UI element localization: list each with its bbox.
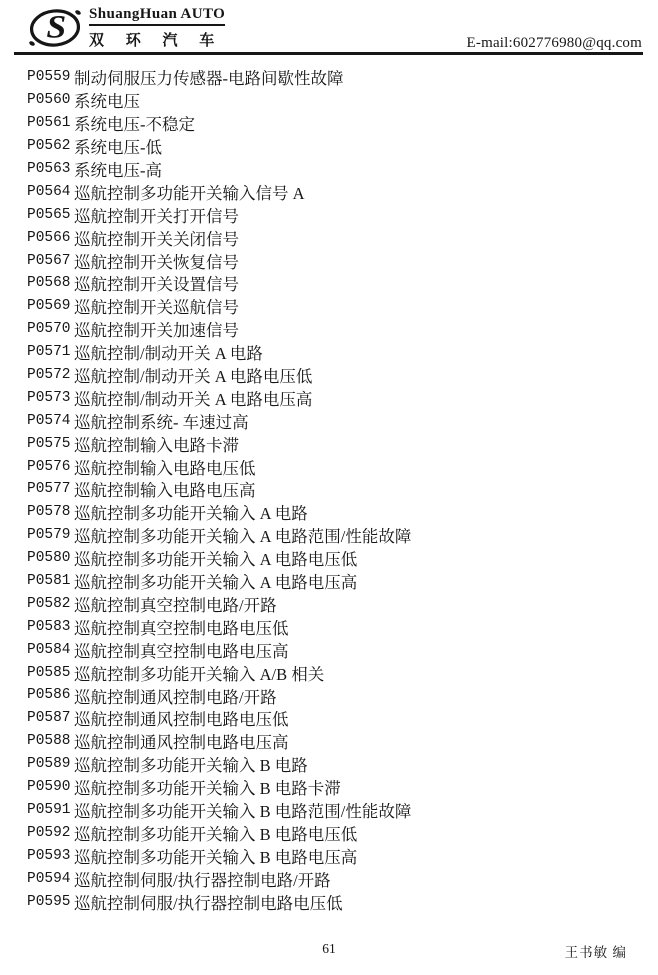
dtc-row: P0561 系统电压-不稳定 [27, 112, 650, 135]
dtc-description: 巡航控制多功能开关输入 A 电路电压高 [74, 569, 357, 593]
dtc-description: 系统电压-高 [74, 157, 162, 181]
dtc-description: 巡航控制真空控制电路电压高 [74, 638, 289, 662]
dtc-description: 巡航控制通风控制电路/开路 [74, 684, 277, 708]
dtc-code: P0590 [27, 779, 72, 795]
dtc-code: P0572 [27, 367, 72, 383]
dtc-description: 巡航控制/制动开关 A 电路 [74, 340, 263, 364]
dtc-row: P0573 巡航控制/制动开关 A 电路电压高 [27, 386, 650, 409]
dtc-code: P0573 [27, 390, 72, 406]
dtc-row: P0564 巡航控制多功能开关输入信号 A [27, 180, 650, 203]
dtc-code: P0571 [27, 344, 72, 360]
dtc-description: 巡航控制多功能开关输入 A 电路电压低 [74, 546, 357, 570]
dtc-description: 巡航控制开关设置信号 [74, 271, 239, 295]
dtc-description: 巡航控制/制动开关 A 电路电压低 [74, 363, 312, 387]
dtc-row: P0567 巡航控制开关恢复信号 [27, 249, 650, 272]
dtc-code: P0593 [27, 848, 72, 864]
dtc-row: P0588 巡航控制通风控制电路电压高 [27, 730, 650, 753]
dtc-row: P0583 巡航控制真空控制电路电压低 [27, 615, 650, 638]
dtc-description: 巡航控制系统- 车速过高 [74, 409, 249, 433]
dtc-row: P0575 巡航控制输入电路卡滞 [27, 432, 650, 455]
dtc-description: 巡航控制伺服/执行器控制电路/开路 [74, 867, 331, 891]
dtc-row: P0584 巡航控制真空控制电路电压高 [27, 638, 650, 661]
dtc-description: 巡航控制输入电路电压低 [74, 455, 256, 479]
editor-credit: 王书敏 编 [565, 941, 627, 961]
dtc-description: 系统电压-低 [74, 134, 162, 158]
dtc-description: 巡航控制多功能开关输入 B 电路电压高 [74, 844, 357, 868]
dtc-row: P0569 巡航控制开关巡航信号 [27, 295, 650, 318]
contact-email: E-mail:602776980@qq.com [467, 35, 642, 52]
dtc-description: 巡航控制开关打开信号 [74, 203, 239, 227]
dtc-description: 巡航控制真空控制电路电压低 [74, 615, 289, 639]
dtc-row: P0592 巡航控制多功能开关输入 B 电路电压低 [27, 821, 650, 844]
dtc-code: P0562 [27, 138, 72, 154]
dtc-description: 巡航控制多功能开关输入 B 电路 [74, 752, 308, 776]
dtc-code: P0569 [27, 298, 72, 314]
dtc-code: P0576 [27, 459, 72, 475]
dtc-code: P0586 [27, 687, 72, 703]
dtc-row: P0585 巡航控制多功能开关输入 A/B 相关 [27, 661, 650, 684]
dtc-code: P0568 [27, 275, 72, 291]
dtc-code: P0561 [27, 115, 72, 131]
dtc-row: P0594 巡航控制伺服/执行器控制电路/开路 [27, 867, 650, 890]
brand-text: ShuangHuan AUTO 双 环 汽 车 [89, 6, 225, 50]
dtc-row: P0589 巡航控制多功能开关输入 B 电路 [27, 753, 650, 776]
dtc-code: P0584 [27, 642, 72, 658]
dtc-code: P0559 [27, 69, 72, 85]
dtc-code: P0570 [27, 321, 72, 337]
svg-text:S: S [46, 10, 66, 45]
header-divider [14, 52, 643, 55]
dtc-description: 巡航控制输入电路卡滞 [74, 432, 239, 456]
dtc-description: 巡航控制开关加速信号 [74, 317, 239, 341]
dtc-row: P0586 巡航控制通风控制电路/开路 [27, 684, 650, 707]
dtc-row: P0565 巡航控制开关打开信号 [27, 203, 650, 226]
dtc-description: 制动伺服压力传感器-电路间歇性故障 [74, 65, 344, 89]
dtc-description: 系统电压-不稳定 [74, 111, 195, 135]
dtc-code: P0580 [27, 550, 72, 566]
dtc-description: 巡航控制通风控制电路电压高 [74, 729, 289, 753]
dtc-row: P0570 巡航控制开关加速信号 [27, 318, 650, 341]
dtc-code: P0564 [27, 184, 72, 200]
dtc-code: P0582 [27, 596, 72, 612]
dtc-code: P0578 [27, 504, 72, 520]
dtc-row: P0566 巡航控制开关关闭信号 [27, 226, 650, 249]
dtc-row: P0574 巡航控制系统- 车速过高 [27, 409, 650, 432]
dtc-description: 巡航控制伺服/执行器控制电路电压低 [74, 890, 343, 914]
dtc-code: P0589 [27, 756, 72, 772]
dtc-row: P0581 巡航控制多功能开关输入 A 电路电压高 [27, 570, 650, 593]
dtc-code: P0594 [27, 871, 72, 887]
page-number: 61 [0, 941, 658, 957]
dtc-description: 巡航控制开关恢复信号 [74, 249, 239, 273]
dtc-row: P0582 巡航控制真空控制电路/开路 [27, 592, 650, 615]
dtc-row: P0587 巡航控制通风控制电路电压低 [27, 707, 650, 730]
dtc-row: P0560 系统电压 [27, 89, 650, 112]
dtc-code: P0588 [27, 733, 72, 749]
dtc-description: 巡航控制多功能开关输入 B 电路范围/性能故障 [74, 798, 411, 822]
dtc-code: P0575 [27, 436, 72, 452]
dtc-row: P0559 制动伺服压力传感器-电路间歇性故障 [27, 66, 650, 89]
dtc-code: P0565 [27, 207, 72, 223]
brand-name: ShuangHuan AUTO [89, 6, 225, 26]
dtc-description: 巡航控制开关巡航信号 [74, 294, 239, 318]
dtc-row: P0580 巡航控制多功能开关输入 A 电路电压低 [27, 547, 650, 570]
dtc-row: P0571 巡航控制/制动开关 A 电路 [27, 341, 650, 364]
dtc-description: 巡航控制多功能开关输入 B 电路卡滞 [74, 775, 341, 799]
dtc-row: P0578 巡航控制多功能开关输入 A 电路 [27, 501, 650, 524]
dtc-code: P0563 [27, 161, 72, 177]
dtc-row: P0568 巡航控制开关设置信号 [27, 272, 650, 295]
page-header: S ShuangHuan AUTO 双 环 汽 车 E-mail:6027769… [28, 6, 642, 54]
dtc-row: P0572 巡航控制/制动开关 A 电路电压低 [27, 364, 650, 387]
dtc-description: 巡航控制/制动开关 A 电路电压高 [74, 386, 312, 410]
dtc-row: P0562 系统电压-低 [27, 135, 650, 158]
dtc-row: P0590 巡航控制多功能开关输入 B 电路卡滞 [27, 776, 650, 799]
shuanghuan-logo-icon: S [28, 6, 82, 50]
dtc-row: P0577 巡航控制输入电路电压高 [27, 478, 650, 501]
dtc-code: P0566 [27, 230, 72, 246]
dtc-list: P0559 制动伺服压力传感器-电路间歇性故障 P0560 系统电压 P0561… [27, 66, 650, 913]
dtc-description: 巡航控制多功能开关输入信号 A [74, 180, 305, 204]
dtc-code: P0587 [27, 710, 72, 726]
dtc-description: 巡航控制多功能开关输入 A 电路范围/性能故障 [74, 523, 411, 547]
dtc-row: P0579 巡航控制多功能开关输入 A 电路范围/性能故障 [27, 524, 650, 547]
dtc-code: P0585 [27, 665, 72, 681]
dtc-description: 巡航控制多功能开关输入 A 电路 [74, 500, 308, 524]
dtc-description: 巡航控制输入电路电压高 [74, 477, 256, 501]
dtc-row: P0576 巡航控制输入电路电压低 [27, 455, 650, 478]
dtc-code: P0595 [27, 894, 72, 910]
dtc-code: P0581 [27, 573, 72, 589]
dtc-code: P0574 [27, 413, 72, 429]
dtc-description: 系统电压 [74, 88, 140, 112]
brand-name-chinese: 双 环 汽 车 [89, 26, 225, 50]
dtc-code: P0560 [27, 92, 72, 108]
dtc-code: P0577 [27, 481, 72, 497]
dtc-description: 巡航控制通风控制电路电压低 [74, 706, 289, 730]
dtc-row: P0591 巡航控制多功能开关输入 B 电路范围/性能故障 [27, 799, 650, 822]
dtc-row: P0593 巡航控制多功能开关输入 B 电路电压高 [27, 844, 650, 867]
dtc-description: 巡航控制开关关闭信号 [74, 226, 239, 250]
dtc-description: 巡航控制真空控制电路/开路 [74, 592, 277, 616]
dtc-description: 巡航控制多功能开关输入 B 电路电压低 [74, 821, 357, 845]
dtc-row: P0563 系统电压-高 [27, 158, 650, 181]
dtc-code: P0583 [27, 619, 72, 635]
dtc-code: P0592 [27, 825, 72, 841]
dtc-description: 巡航控制多功能开关输入 A/B 相关 [74, 661, 324, 685]
dtc-row: P0595 巡航控制伺服/执行器控制电路电压低 [27, 890, 650, 913]
dtc-code: P0591 [27, 802, 72, 818]
dtc-code: P0567 [27, 253, 72, 269]
dtc-code: P0579 [27, 527, 72, 543]
